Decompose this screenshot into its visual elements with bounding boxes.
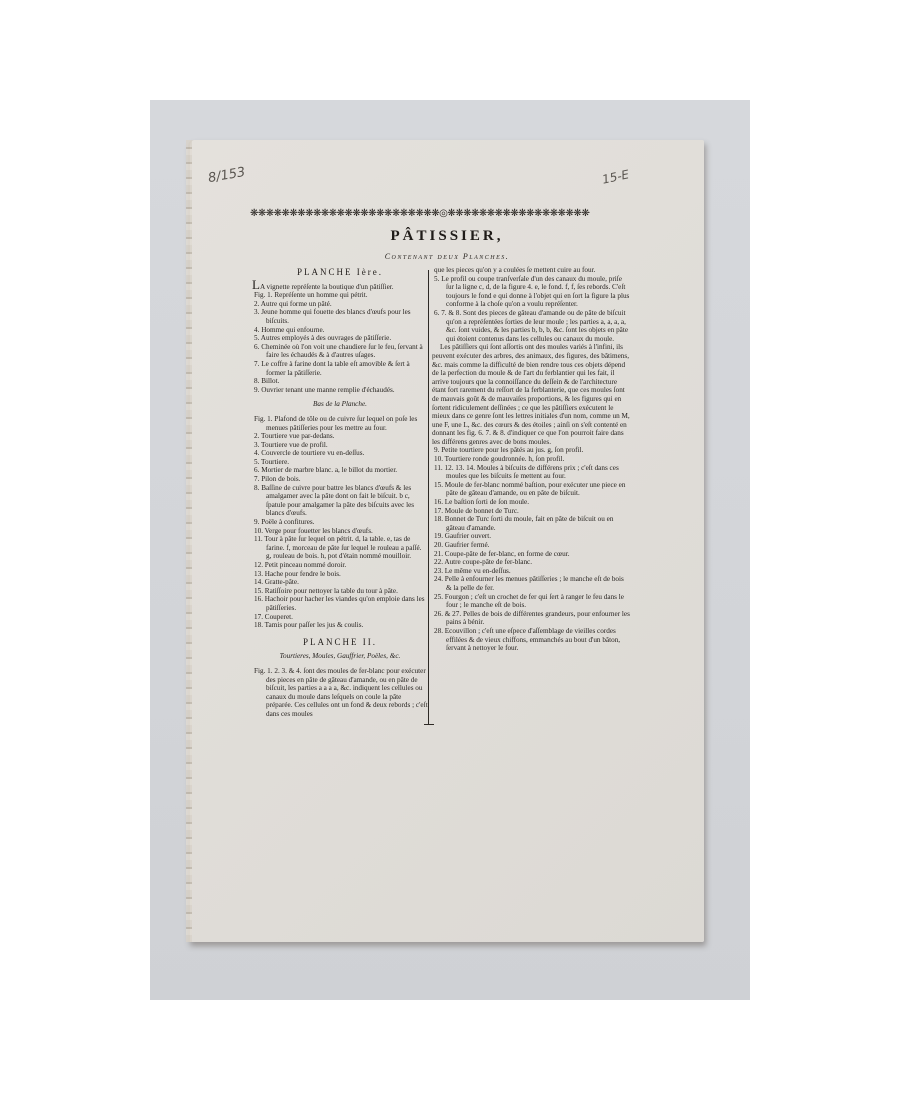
legend-item: 6. Mortier de marbre blanc. a, le billot…: [252, 466, 428, 475]
commentary-paragraph: Les pâtiſſiers qui ſont aſſortis ont des…: [432, 343, 630, 446]
legend-item: 2. Autre qui forme un pâté.: [252, 300, 428, 309]
legend-item: 17. Moule de bonnet de Turc.: [432, 507, 630, 516]
legend-item: 26. & 27. Pelles de bois de différentes …: [432, 610, 630, 627]
plate-1-bottom-heading: Bas de la Planche.: [252, 400, 428, 409]
drop-cap: L: [252, 277, 260, 292]
legend-item: Fig. 1. 2. 3. & 4. ſont des moules de fe…: [252, 667, 428, 719]
legend-item: 4. Homme qui enfourne.: [252, 326, 428, 335]
legend-item: 5. Le profil ou coupe tranſverſale d'un …: [432, 275, 630, 309]
column-divider: [428, 270, 429, 724]
legend-item: 7. Le coffre à farine dont la table eſt …: [252, 360, 428, 377]
legend-item: 9. Poële à confitures.: [252, 518, 428, 527]
legend-item: 3. Tourtiere vue de profil.: [252, 441, 428, 450]
legend-item: 10. Verge pour fouetter les blancs d'œuf…: [252, 527, 428, 536]
pencil-price-mark: 15-E: [601, 167, 631, 186]
legend-item: 4. Couvercle de tourtiere vu en-deſſus.: [252, 449, 428, 458]
legend-item: 18. Bonnet de Turc ſorti du moule, fait …: [432, 515, 630, 532]
legend-item: 24. Pelle à enfourner les menues pâtiſſe…: [432, 575, 630, 592]
legend-item: 9. Ouvrier tenant une manne remplie d'éc…: [252, 386, 428, 395]
legend-item: 3. Jeune homme qui fouette des blancs d'…: [252, 308, 428, 325]
page-subtitle: Contenant deux Planches.: [190, 252, 704, 261]
legend-item: 28. Ecouvillon ; c'eſt une eſpece d'aſſe…: [432, 627, 630, 653]
legend-item: 19. Gaufrier ouvert.: [432, 532, 630, 541]
legend-item: 17. Couperet.: [252, 613, 428, 622]
legend-item: 6. Cheminée où l'on voit une chaudiere ſ…: [252, 343, 428, 360]
legend-item: 16. Hachoir pour hacher les viandes qu'o…: [252, 595, 428, 612]
legend-item: 7. Pilon de bois.: [252, 475, 428, 484]
legend-item: 11. 12. 13. 14. Moules à biſcuits de dif…: [432, 464, 630, 481]
legend-item: 23. Le même vu en-deſſus.: [432, 567, 630, 576]
legend-item: 18. Tamis pour paſſer les jus & coulis.: [252, 621, 428, 630]
legend-continuation: que les pieces qu'on y a coulées ſe mett…: [432, 266, 630, 275]
legend-item: 16. Le baſtion ſorti de ſon moule.: [432, 498, 630, 507]
legend-item: 21. Coupe-pâte de fer-blanc, en forme de…: [432, 550, 630, 559]
decorative-ornament-band: ❋❋❋❋❋❋❋❋❋❋❋❋❋❋❋❋❋❋❋❋❋❋❋❋◎❋❋❋❋❋❋❋❋❋❋❋❋❋❋❋…: [250, 208, 590, 219]
legend-item: 5. Autres employés à des ouvrages de pât…: [252, 334, 428, 343]
legend-item: 14. Gratte-pâte.: [252, 578, 428, 587]
left-column: PLANCHE Ière. LA vignette repréſente la …: [252, 266, 428, 719]
legend-item: 10. Tourtiere ronde goudronnée. h, ſon p…: [432, 455, 630, 464]
legend-item: 25. Fourgon ; c'eſt un crochet de fer qu…: [432, 593, 630, 610]
legend-item: 15. Ratiſſoire pour nettoyer la table du…: [252, 587, 428, 596]
legend-item: 12. Petit pinceau nommé doroir.: [252, 561, 428, 570]
legend-item: 5. Tourtiere.: [252, 458, 428, 467]
legend-item: 11. Tour à pâte ſur lequel on pétrit. d,…: [252, 535, 428, 561]
legend-item: 8. Billot.: [252, 377, 428, 386]
plate-1-intro: LA vignette repréſente la boutique d'un …: [252, 281, 428, 292]
legend-item: Fig. 1. Plafond de tôle ou de cuivre ſur…: [252, 415, 428, 432]
legend-item: 2. Tourtiere vue par-dedans.: [252, 432, 428, 441]
page-title: PÂTISSIER,: [190, 228, 704, 245]
plate-2-heading: PLANCHE II.: [252, 638, 428, 647]
plate-1-heading: PLANCHE Ière.: [252, 268, 428, 277]
column-divider-end: [424, 724, 434, 725]
legend-item: 20. Gaufrier fermé.: [432, 541, 630, 550]
right-column: que les pieces qu'on y a coulées ſe mett…: [432, 266, 630, 653]
legend-item: 8. Baſſine de cuivre pour battre les bla…: [252, 484, 428, 518]
legend-item: 6. 7. & 8. Sont des pieces de gâteau d'a…: [432, 309, 630, 343]
legend-item: Fig. 1. Repréſente un homme qui pétrit.: [252, 291, 428, 300]
plate-2-subheading: Tourtieres, Moules, Gauffrier, Poëles, &…: [252, 652, 428, 661]
pencil-inventory-mark: 8/153: [207, 165, 247, 186]
legend-item: 15. Moule de fer-blanc nommé baſtion, po…: [432, 481, 630, 498]
plate-1-intro-text: A vignette repréſente la boutique d'un p…: [260, 283, 394, 291]
legend-item: 13. Hache pour fendre le bois.: [252, 570, 428, 579]
legend-item: 9. Petite tourtiere pour les pâtés au ju…: [432, 446, 630, 455]
document-page: 8/153 15-E ❋❋❋❋❋❋❋❋❋❋❋❋❋❋❋❋❋❋❋❋❋❋❋❋◎❋❋❋❋…: [188, 140, 704, 942]
legend-item: 22. Autre coupe-pâte de fer-blanc.: [432, 558, 630, 567]
